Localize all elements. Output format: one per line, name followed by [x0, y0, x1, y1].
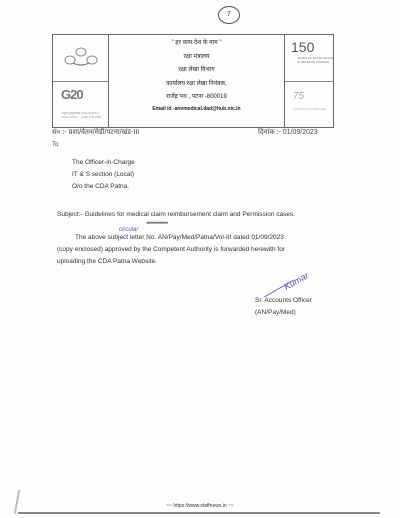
g20-logo: G20 [61, 87, 83, 102]
addressee-line: O/o the CDA Patna. [72, 183, 129, 190]
cell-divider [285, 81, 333, 82]
address: राजेंद्र पथ , पटना -800019 [109, 92, 284, 100]
body-line: The above subject letter No. AN/Pay/Med/… [75, 234, 365, 241]
body-line: uploading the CDA Patna Website. [57, 258, 347, 265]
letterhead-left-logos: G20 वसुधैव कुटुम्बकम् ONE EARTH · ONE FA… [53, 35, 109, 127]
to-label: To [52, 142, 58, 148]
office: कार्यालय रक्षा लेखा नियंत्रक, [109, 79, 284, 87]
letterhead: G20 वसुधैव कुटुम्बकम् ONE EARTH · ONE FA… [52, 34, 334, 128]
150-years-caption: YEARS OF EXCELLENCE IN DEFENCE FINANCE [297, 57, 333, 64]
signatory-section: (AN/Pay/Med) [255, 309, 296, 316]
letterhead-address: " हर काम देश के नाम " रक्षा मंत्रालय रक्… [109, 35, 284, 127]
150-years-logo: 150 [291, 39, 314, 55]
signature: Kumar [282, 270, 310, 292]
department: रक्षा लेखा विभाग [109, 65, 284, 73]
handwritten-annotation: circular [119, 227, 138, 233]
document-page: 7 G20 वसुधैव कुटुम्बकम् ONE EARTH · ONE … [0, 0, 400, 518]
addressee-line: The Officer-in-Charge [72, 159, 135, 166]
letterhead-right-logos: 150 YEARS OF EXCELLENCE IN DEFENCE FINAN… [284, 35, 333, 127]
reference-number: सं० :- प्रशा/वेतन/मेडी/पटना/खंड-III [52, 128, 139, 137]
signatory-title: Sr. Accounts Officer [255, 297, 312, 304]
cell-divider [53, 81, 108, 82]
letter-date: दिनांक :- 01/09/2023 [258, 128, 318, 137]
page-edge [18, 512, 380, 514]
separator: **************** [146, 222, 167, 228]
azadi-75-caption: Azadi Ka Amrit Mahotsav [293, 107, 327, 111]
emblem-icon [63, 45, 99, 67]
azadi-75-logo: 75 [293, 91, 304, 102]
page-number-mark: 7 [218, 6, 240, 24]
g20-caption: वसुधैव कुटुम्बकम् ONE EARTH · ONE FAMILY… [58, 111, 104, 119]
footer-url: ~~ https://www.staffnews.in ~~ [0, 503, 400, 509]
page-edge [14, 490, 20, 514]
body-line: (copy enclosed) approved by the Competen… [57, 246, 347, 253]
ministry: रक्षा मंत्रालय [109, 52, 284, 60]
addressee-line: IT & S section (Local) [72, 171, 134, 178]
motto: " हर काम देश के नाम " [109, 38, 284, 46]
email: Email id -anvmedical.dad@hub.nic.in [109, 106, 284, 112]
subject-line: Subject:- Guidelines for medical claim r… [57, 211, 295, 218]
